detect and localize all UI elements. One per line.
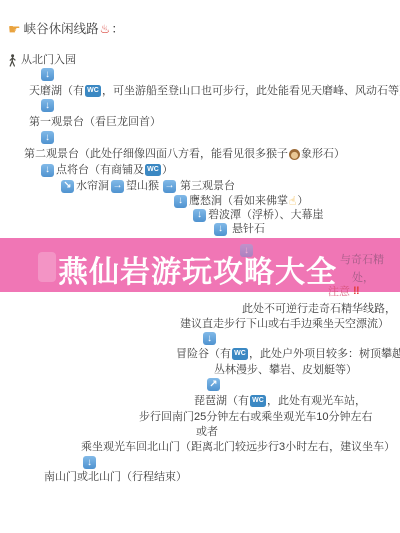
walking-person-icon (8, 54, 17, 67)
route-arrow: ↓ (41, 131, 56, 144)
step-text: 象形石） (301, 147, 345, 161)
wc-icon: WC (145, 164, 161, 176)
route-step-maoxiangu-cont: 丛林漫步、攀岩、皮划艇等） (214, 363, 357, 377)
step-text: 冒险谷（有 (176, 347, 231, 361)
route-step-bibotan: ↓ 碧波潭（浮桥）、大幕崖 (193, 208, 324, 222)
double-exclamation-icon: ‼ (353, 285, 360, 297)
step-text: 第二观景台（此处仔细像四面八方看，能看见很多猴子 (24, 147, 288, 161)
wc-icon: WC (250, 395, 266, 407)
wc-icon: WC (85, 85, 101, 97)
route-step-end: 南山门或北山门（行程结束） (44, 470, 187, 484)
obscured-text-fragment: 与奇石精 (340, 251, 384, 267)
step-text: 南山门或北山门（行程结束） (44, 470, 187, 484)
step-text: ） (162, 163, 173, 177)
hot-springs-icon: ♨ (100, 22, 111, 36)
step-text: 鹰愁涧（看如来佛掌 (189, 194, 288, 208)
route-arrow: ↓ (83, 456, 98, 469)
step-text: ，可坐游船至登山口也可步行，此处能看见天磨峰、风动石等） (102, 84, 400, 98)
step-text: 悬针石 (232, 222, 265, 236)
title-banner: ↓ 与奇石精 处， 注意 ‼ 燕仙岩游玩攻略大全 (0, 238, 400, 292)
step-text: 乘坐观光车回北山门（距离北门较远步行3小时左右，建议坐车） (81, 440, 395, 454)
step-text: 望山猴 (126, 179, 159, 193)
route-or: 或者 (196, 425, 218, 439)
up-right-arrow-icon: ↗ (207, 378, 220, 391)
down-arrow-icon: ↓ (193, 209, 206, 222)
route-arrow: ↗ (207, 378, 222, 391)
route-step-viewpoint2: 第二观景台（此处仔细像四面八方看，能看见很多猴子 象形石） (24, 147, 345, 161)
step-text: 天磨湖（有 (29, 84, 84, 98)
route-step-shuiliandong-chain: ↘ 水帘洞 → 望山猴 → 第三观景台 (61, 179, 235, 193)
route-header-label: 峡谷休闲线路 (24, 22, 99, 36)
down-arrow-icon: ↓ (41, 99, 54, 112)
down-right-arrow-icon: ↘ (61, 180, 74, 193)
step-text: 第三观景台 (180, 179, 235, 193)
down-arrow-icon: ↓ (83, 456, 96, 469)
step-text: ，此处户外项目较多：树顶攀越、 (249, 347, 400, 361)
step-text: 点将台（有商铺及 (56, 163, 144, 177)
step-text: 碧波潭（浮桥）、大幕崖 (208, 208, 324, 222)
route-step-start: 从北门入园 (8, 53, 76, 67)
right-arrow-icon: → (111, 180, 124, 193)
route-step-viewpoint1: 第一观景台（看巨龙回首） (29, 115, 161, 129)
route-step-pipahu-cont: 步行回南门25分钟左右或乘坐观光车10分钟左右 (139, 410, 372, 424)
route-header: ☛ 峡谷休闲线路 ♨ ： (8, 22, 124, 36)
route-arrow: ↓ (203, 332, 218, 345)
right-arrow-icon: → (163, 180, 176, 193)
step-text: 水帘洞 (76, 179, 109, 193)
route-step-maoxiangu: 冒险谷（有 WC ，此处户外项目较多：树顶攀越、 (176, 347, 400, 361)
down-arrow-icon: ↓ (41, 68, 54, 81)
route-arrow: ↓ (41, 68, 56, 81)
down-arrow-icon: ↓ (203, 332, 216, 345)
or-text: 或者 (196, 425, 218, 439)
down-arrow-icon: ↓ (41, 131, 54, 144)
step-text: ，此处有观光车站， (267, 394, 366, 408)
step-text: 步行回南门25分钟左右或乘坐观光车10分钟左右 (139, 410, 372, 424)
step-text: 丛林漫步、攀岩、皮划艇等） (214, 363, 357, 377)
route-step-yingchoujian: ↓ 鹰愁涧（看如来佛掌 ☝ ） (174, 194, 308, 208)
down-arrow-icon: ↓ (41, 164, 54, 177)
step-text: 琵琶湖（有 (194, 394, 249, 408)
note-text: 此处不可逆行走奇石精华线路， (242, 302, 396, 316)
route-note-line2: 建议直走步行下山或右手边乘坐天空漂流） (180, 317, 389, 331)
route-step-xuanzhenshi: ↓ 悬针石 (214, 222, 265, 236)
step-text: 从北门入园 (21, 53, 76, 67)
banner-title: 燕仙岩游玩攻略大全 (58, 247, 337, 291)
note-text: 建议直走步行下山或右手边乘坐天空漂流） (180, 317, 389, 331)
down-arrow-icon: ↓ (214, 223, 227, 236)
wc-icon: WC (232, 348, 248, 360)
route-step-pipahu: 琵琶湖（有 WC ，此处有观光车站， (194, 394, 366, 408)
monkey-icon (289, 149, 300, 160)
travel-guide-note: ☛ 峡谷休闲线路 ♨ ： 从北门入园 ↓ 天磨湖（有 WC ，可坐游船至登山口也… (0, 0, 400, 533)
buddha-palm-icon: ☝ (289, 194, 296, 208)
route-arrow: ↓ (41, 99, 56, 112)
down-arrow-icon: ↓ (174, 195, 187, 208)
route-header-colon: ： (111, 22, 124, 36)
route-note-line1: 此处不可逆行走奇石精华线路， (242, 302, 396, 316)
banner-sticker (38, 252, 56, 282)
route-step-dianjiangtai: ↓ 点将台（有商铺及 WC ） (41, 163, 173, 177)
route-step-bus-return: 乘坐观光车回北山门（距离北门较远步行3小时左右，建议坐车） (81, 440, 395, 454)
step-text: 第一观景台（看巨龙回首） (29, 115, 161, 129)
step-text: ） (297, 194, 308, 208)
route-step-tianmo-lake: 天磨湖（有 WC ，可坐游船至登山口也可步行，此处能看见天磨峰、风动石等） (29, 84, 400, 98)
pointing-right-hand-icon: ☛ (8, 22, 21, 36)
